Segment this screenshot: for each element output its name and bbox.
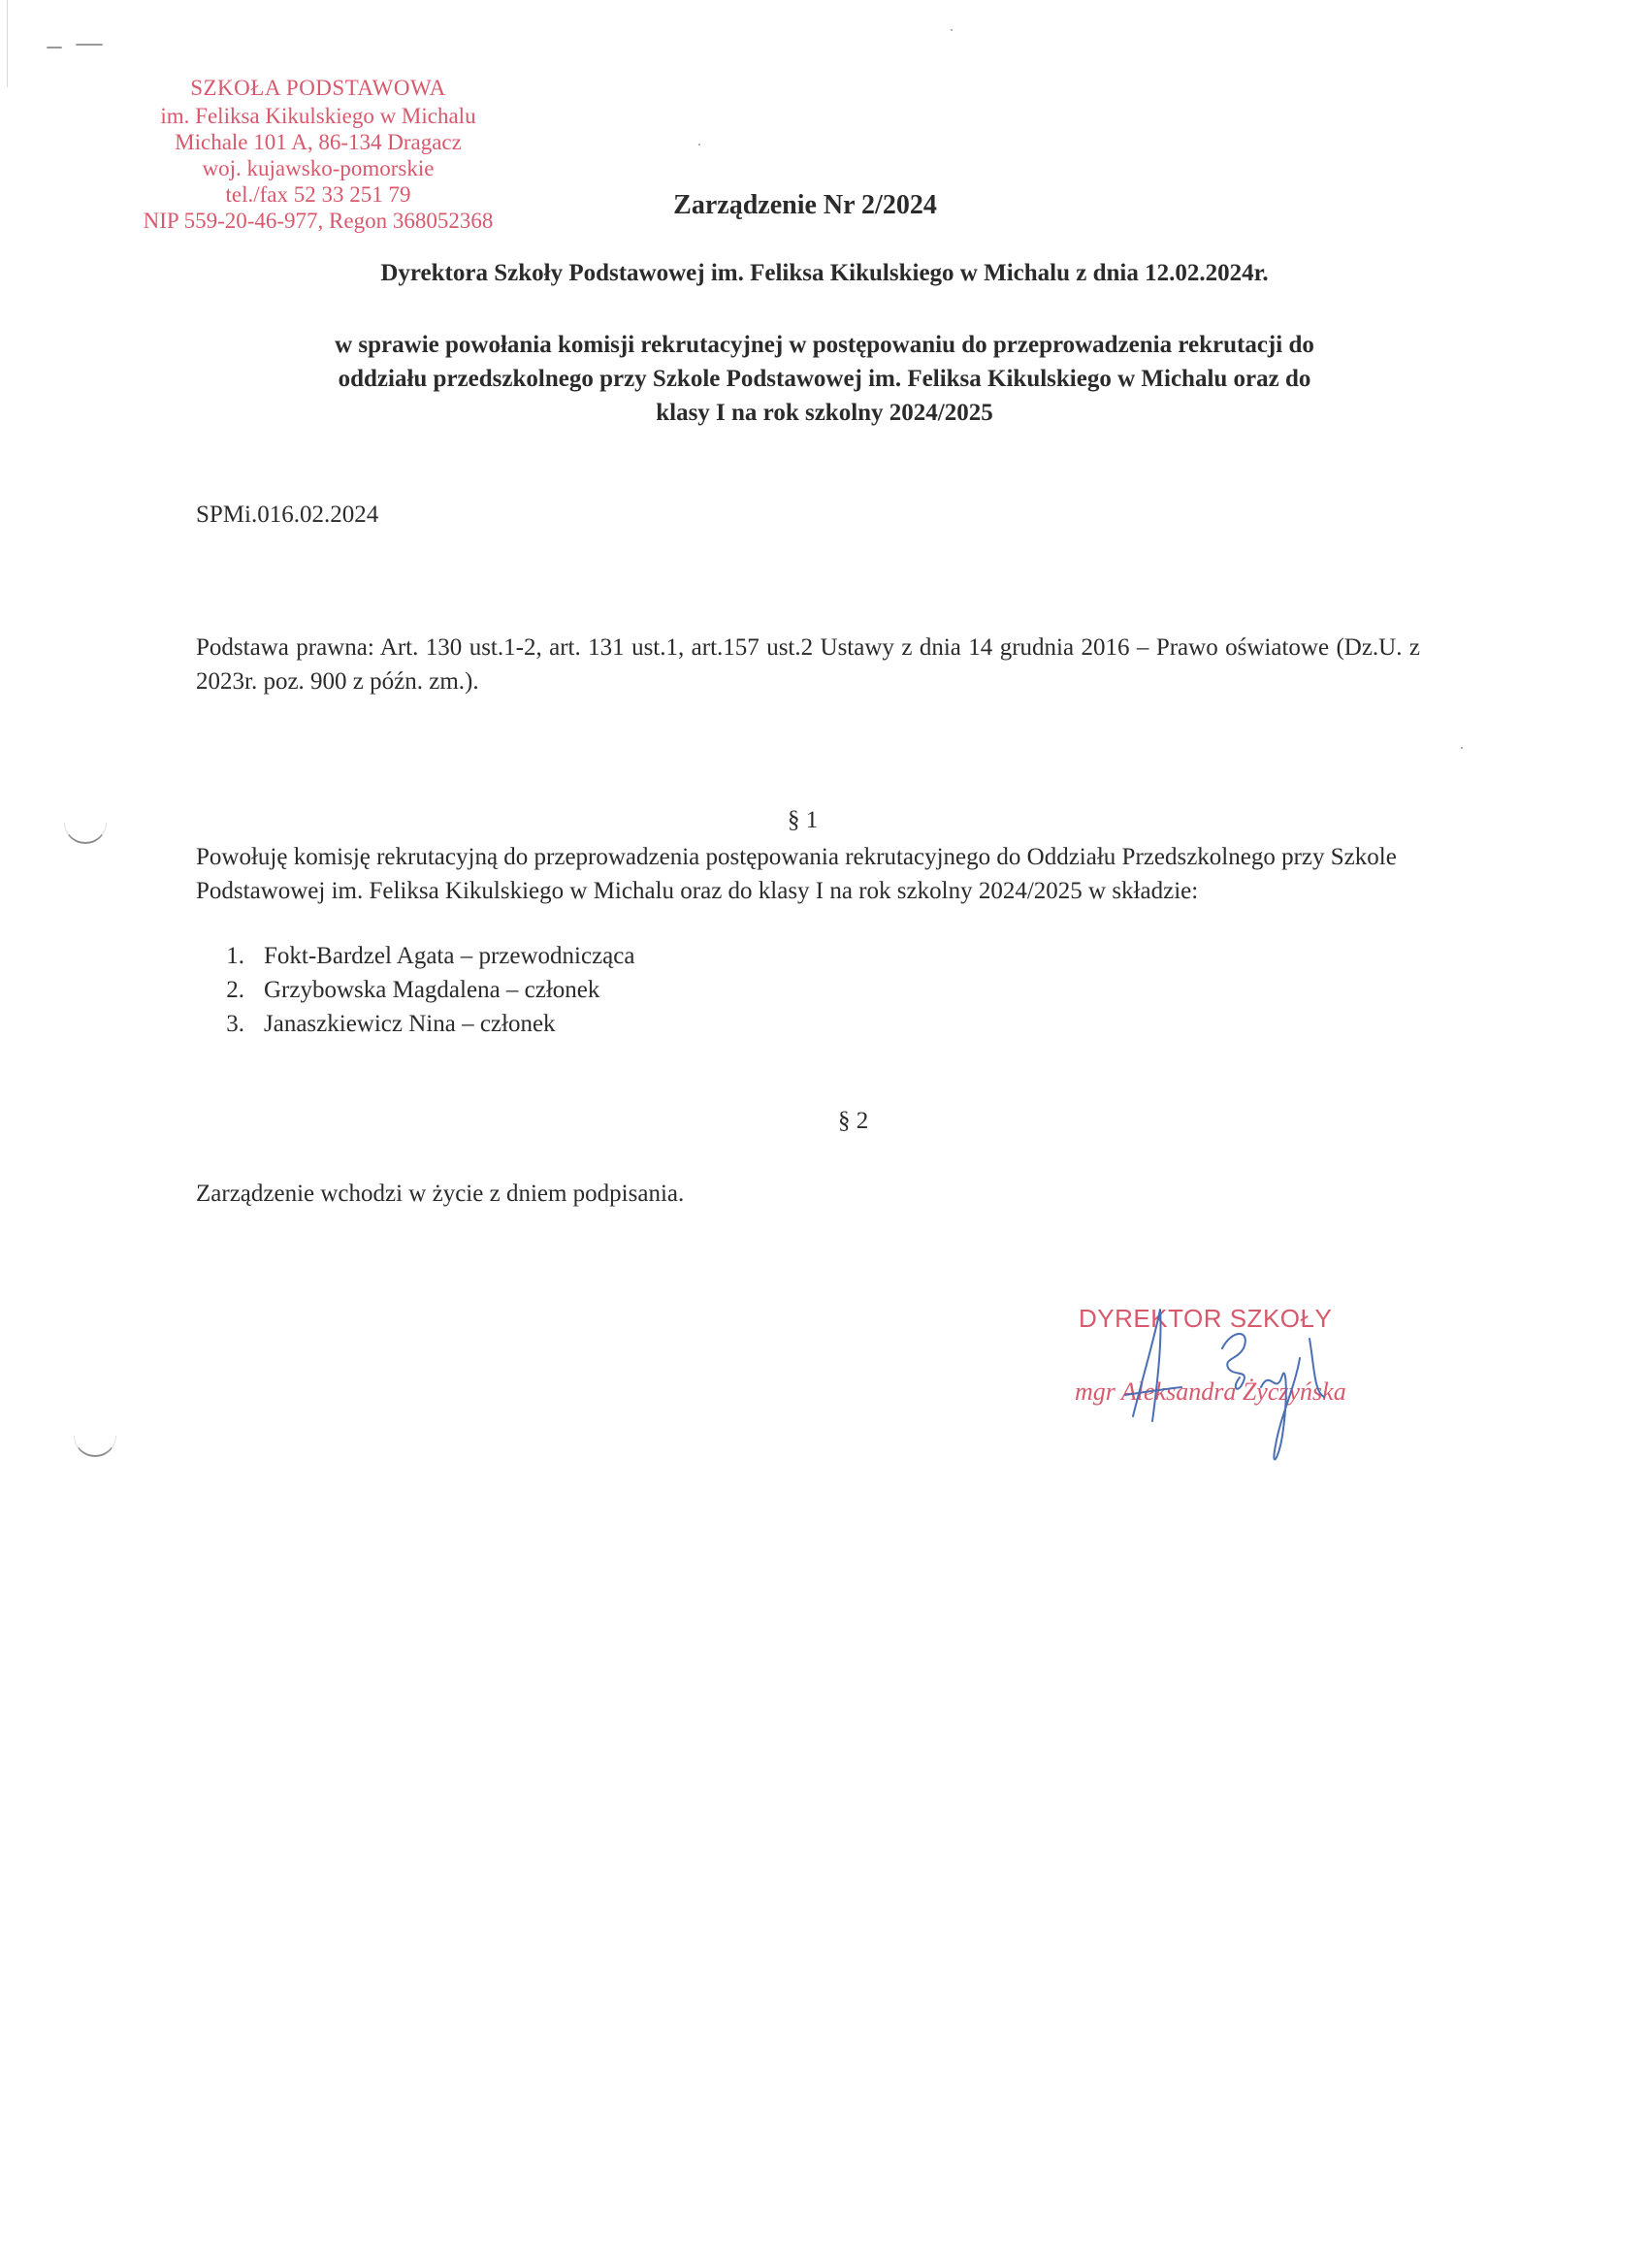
scan-speck bbox=[1461, 747, 1463, 749]
member-text: Janaszkiewicz Nina – członek bbox=[264, 1007, 556, 1041]
list-item: 2. Grzybowska Magdalena – członek bbox=[196, 973, 634, 1007]
subject-line: oddziału przedszkolnego przy Szkole Pods… bbox=[194, 362, 1455, 396]
member-text: Fokt-Bardzel Agata – przewodnicząca bbox=[264, 939, 634, 973]
list-number: 1. bbox=[196, 939, 264, 973]
subject-line: w sprawie powołania komisji rekrutacyjne… bbox=[194, 328, 1455, 362]
document-subject: w sprawie powołania komisji rekrutacyjne… bbox=[194, 328, 1455, 430]
punch-hole-mark bbox=[64, 823, 107, 844]
section-2-mark: § 2 bbox=[838, 1108, 868, 1135]
legal-basis: Podstawa prawna: Art. 130 ust.1-2, art. … bbox=[196, 631, 1420, 698]
scan-edge-line bbox=[7, 0, 8, 87]
list-number: 2. bbox=[196, 973, 264, 1007]
stamp-line-ids: NIP 559-20-46-977, Regon 368052368 bbox=[124, 208, 512, 234]
subject-line: klasy I na rok szkolny 2024/2025 bbox=[194, 396, 1455, 430]
stamp-line-patron: im. Feliksa Kikulskiego w Michalu bbox=[124, 103, 512, 129]
member-text: Grzybowska Magdalena – członek bbox=[264, 973, 599, 1007]
document-title: Zarządzenie Nr 2/2024 bbox=[601, 190, 1009, 221]
stamp-line-phone: tel./fax 52 33 251 79 bbox=[124, 181, 512, 208]
scan-mark bbox=[76, 44, 103, 46]
handwritten-signature-icon bbox=[1115, 1300, 1348, 1474]
reference-number: SPMi.016.02.2024 bbox=[196, 498, 378, 532]
list-item: 3. Janaszkiewicz Nina – członek bbox=[196, 1007, 634, 1041]
list-number: 3. bbox=[196, 1007, 264, 1041]
list-item: 1. Fokt-Bardzel Agata – przewodnicząca bbox=[196, 939, 634, 973]
punch-hole-mark bbox=[74, 1436, 116, 1457]
scan-speck bbox=[698, 144, 700, 146]
scan-speck bbox=[951, 29, 953, 31]
stamp-title: SZKOŁA PODSTAWOWA bbox=[124, 74, 512, 103]
scan-mark bbox=[47, 47, 62, 49]
stamp-line-address: Michale 101 A, 86-134 Dragacz bbox=[124, 129, 512, 155]
committee-members-list: 1. Fokt-Bardzel Agata – przewodnicząca 2… bbox=[196, 939, 634, 1041]
document-subtitle: Dyrektora Szkoły Podstawowej im. Feliksa… bbox=[194, 260, 1455, 287]
section-1-mark: § 1 bbox=[788, 807, 818, 834]
school-stamp: SZKOŁA PODSTAWOWA im. Feliksa Kikulskieg… bbox=[124, 74, 512, 234]
stamp-line-region: woj. kujawsko-pomorskie bbox=[124, 155, 512, 181]
document-page: SZKOŁA PODSTAWOWA im. Feliksa Kikulskieg… bbox=[0, 0, 1649, 2268]
section-1-text: Powołuję komisję rekrutacyjną do przepro… bbox=[196, 840, 1428, 908]
section-2-text: Zarządzenie wchodzi w życie z dniem podp… bbox=[196, 1177, 684, 1211]
